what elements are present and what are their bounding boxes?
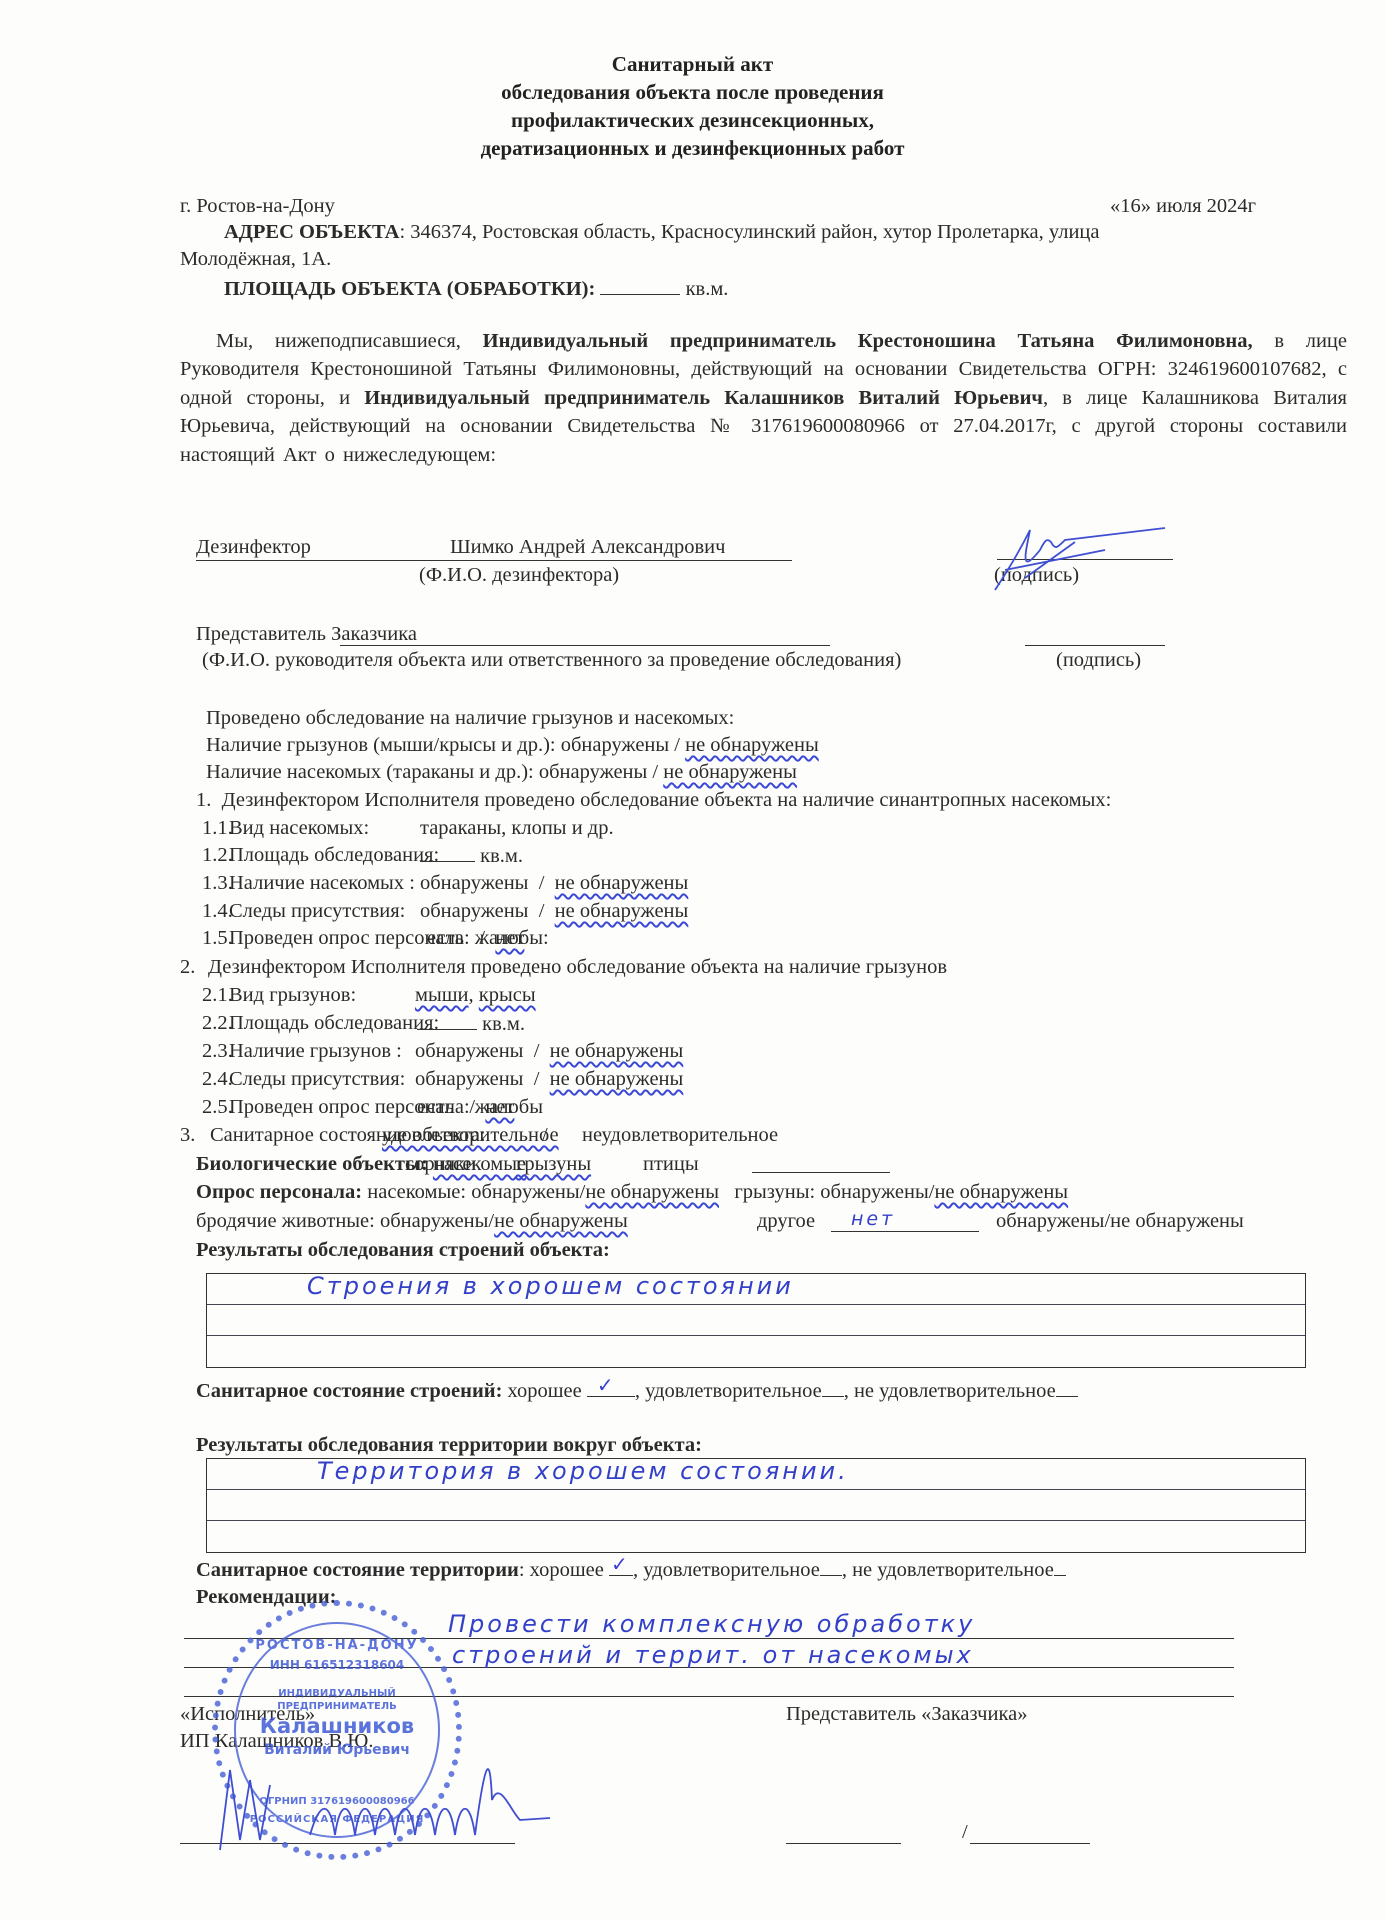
- customer-rep-name-caption: (Ф.И.О. руководителя объекта или ответст…: [202, 648, 901, 672]
- selected-option[interactable]: не обнаружены: [550, 1040, 684, 1062]
- bio-option-birds[interactable]: птицы: [643, 1152, 699, 1176]
- staff-rodents-selected[interactable]: не обнаружены: [934, 1181, 1068, 1203]
- document-title-line1: Санитарный акт: [0, 50, 1385, 78]
- buildings-good-field[interactable]: ✓: [587, 1378, 635, 1397]
- bio-other-field[interactable]: [752, 1154, 890, 1173]
- territory-row: Территория в хорошем состоянии.: [207, 1459, 1305, 1490]
- selected-option[interactable]: не обнаружены: [555, 872, 689, 894]
- address-line: АДРЕС ОБЪЕКТА: 346374, Ростовская област…: [224, 220, 1100, 244]
- buildings-row: [207, 1336, 1305, 1367]
- section2-heading: 2.Дезинфектором Исполнителя проведено об…: [180, 955, 195, 979]
- customer-rep-name-line[interactable]: [340, 645, 830, 646]
- customer-name-line[interactable]: [786, 1843, 901, 1844]
- staff-other-field[interactable]: нет: [831, 1209, 979, 1232]
- section2-item-2-5: 2.5.Проведен опрос персонала: жалобы ест…: [202, 1095, 233, 1119]
- survey-rodents: Наличие грызунов (мыши/крысы и др.): обн…: [206, 733, 819, 757]
- document-date: «16» июля 2024г: [1110, 194, 1256, 218]
- disinfector-signature-icon: [985, 520, 1175, 600]
- bio-objects-label: Биологические объекты:: [196, 1153, 428, 1175]
- recommendation-text-1: Провести комплексную обработку: [448, 1610, 975, 1638]
- survey-insects: Наличие насекомых (тараканы и др.): обна…: [206, 760, 797, 784]
- buildings-heading: Результаты обследования строений объекта…: [196, 1238, 610, 1262]
- survey-insects-selected[interactable]: не обнаружены: [663, 761, 797, 783]
- address-value: : 346374, Ростовская область, Красносули…: [399, 221, 1099, 243]
- address-label: АДРЕС ОБЪЕКТА: [224, 221, 399, 243]
- area-unit: кв.м.: [686, 278, 729, 300]
- party1-name: Индивидуальный предприниматель Крестонош…: [483, 330, 1253, 352]
- territory-results-box[interactable]: Территория в хорошем состоянии.: [206, 1458, 1306, 1553]
- buildings-ok-field[interactable]: [822, 1378, 844, 1397]
- preamble-paragraph: Мы, нижеподписавшиеся, Индивидуальный пр…: [180, 327, 1347, 469]
- section2-item-2-4: 2.4.Следы присутствия: обнаружены / не о…: [202, 1067, 233, 1091]
- buildings-state-line: Санитарное состояние строений: хорошее ✓…: [196, 1378, 1078, 1403]
- territory-heading: Результаты обследования территории вокру…: [196, 1433, 702, 1457]
- section1-item-1-1: 1.1.Вид насекомых:тараканы, клопы и др.: [202, 816, 233, 840]
- bio-option-weeds[interactable]: сорняки: [405, 1152, 476, 1176]
- survey-intro: Проведено обследование на наличие грызун…: [206, 706, 734, 730]
- section2-item-2-1: 2.1.Вид грызунов: мыши, крысы: [202, 983, 233, 1007]
- section1-item-1-5: 1.5.Проведен опрос персонала: жалобы: ес…: [202, 926, 233, 950]
- customer-rep-label: Представитель Заказчика: [196, 622, 417, 646]
- city: г. Ростов-на-Дону: [180, 194, 335, 218]
- selected-option[interactable]: мыши: [415, 984, 469, 1006]
- party2-name: Индивидуальный предприниматель Калашнико…: [364, 387, 1043, 409]
- area-field[interactable]: [600, 276, 680, 295]
- document-title-line2: обследования объекта после проведения: [0, 78, 1385, 106]
- section1-item-1-2: 1.2.Площадь обследования: кв.м.: [202, 843, 233, 867]
- territory-good-field[interactable]: ✓: [609, 1557, 633, 1576]
- section1-heading: 1. Дезинфектором Исполнителя проведено о…: [196, 788, 1111, 812]
- selected-option[interactable]: крысы: [479, 984, 536, 1006]
- customer-signature-line[interactable]: [970, 1843, 1090, 1844]
- disinfector-label: Дезинфектор: [196, 536, 311, 558]
- document-title-line3: профилактических дезинсекционных,: [0, 106, 1385, 134]
- customer-signature-separator: /: [962, 1820, 968, 1844]
- territory-state-line: Санитарное состояние территории: хорошее…: [196, 1557, 1066, 1582]
- staff-survey-line2: бродячие животные: обнаружены/не обнаруж…: [196, 1209, 1346, 1233]
- section1-item-1-3: 1.3.Наличие насекомых : обнаружены / не …: [202, 871, 233, 895]
- recommendation-text-2: строений и террит. от насекомых: [452, 1641, 974, 1669]
- buildings-row: [207, 1305, 1305, 1336]
- section2-item-2-2: 2.2.Площадь обследования: кв.м.: [202, 1011, 233, 1035]
- customer-signature-label: Представитель «Заказчика»: [786, 1702, 1027, 1726]
- buildings-row: Строения в хорошем состоянии: [207, 1274, 1305, 1305]
- section3-selected[interactable]: удовлетворительное: [382, 1123, 559, 1147]
- territory-ok-field[interactable]: [820, 1557, 842, 1576]
- selected-option[interactable]: нет: [485, 1096, 514, 1118]
- disinfector-line: Дезинфектор Шимко Андрей Александрович: [196, 535, 792, 561]
- disinfector-name: Шимко Андрей Александрович: [450, 535, 725, 559]
- disinfector-name-caption: (Ф.И.О. дезинфектора): [419, 563, 619, 587]
- customer-rep-signature-caption: (подпись): [1056, 648, 1141, 672]
- buildings-results-box[interactable]: Строения в хорошем состоянии: [206, 1273, 1306, 1368]
- territory-row: [207, 1521, 1305, 1552]
- customer-rep-signature-line[interactable]: [1025, 645, 1165, 646]
- selected-option[interactable]: не обнаружены: [555, 900, 689, 922]
- territory-bad-field[interactable]: [1054, 1557, 1066, 1576]
- staff-survey-line1: Опрос персонала: насекомые: обнаружены/н…: [196, 1180, 1068, 1204]
- buildings-bad-field[interactable]: [1056, 1378, 1078, 1397]
- section3-option-b[interactable]: неудовлетворительное: [582, 1123, 778, 1147]
- selected-option[interactable]: нет: [495, 927, 524, 949]
- selected-option[interactable]: не обнаружены: [550, 1068, 684, 1090]
- section2-item-2-3: 2.3.Наличие грызунов : обнаружены / не о…: [202, 1039, 233, 1063]
- bio-objects-line: Биологические объекты: насекомые сорняки…: [196, 1152, 1346, 1176]
- section3-line: 3. Санитарное состояние объекта: удовлет…: [180, 1123, 195, 1147]
- staff-strays-selected[interactable]: не обнаружены: [494, 1210, 628, 1232]
- section1-item-1-4: 1.4.Следы присутствия: обнаружены / не о…: [202, 899, 233, 923]
- territory-row: [207, 1490, 1305, 1521]
- section1-area-field[interactable]: [420, 843, 475, 862]
- executor-signature-icon: [200, 1740, 720, 1860]
- survey-rodents-selected[interactable]: не обнаружены: [685, 734, 819, 756]
- area-line: ПЛОЩАДЬ ОБЪЕКТА (ОБРАБОТКИ): кв.м.: [224, 276, 728, 301]
- address-line2: Молодёжная, 1А.: [180, 247, 331, 271]
- bio-option-rodents[interactable]: грызуны: [516, 1152, 591, 1176]
- area-label: ПЛОЩАДЬ ОБЪЕКТА (ОБРАБОТКИ):: [224, 278, 595, 300]
- section2-area-field[interactable]: [417, 1011, 477, 1030]
- staff-insects-selected[interactable]: не обнаружены: [585, 1181, 719, 1203]
- document-title-line4: дератизационных и дезинфекционных работ: [0, 134, 1385, 162]
